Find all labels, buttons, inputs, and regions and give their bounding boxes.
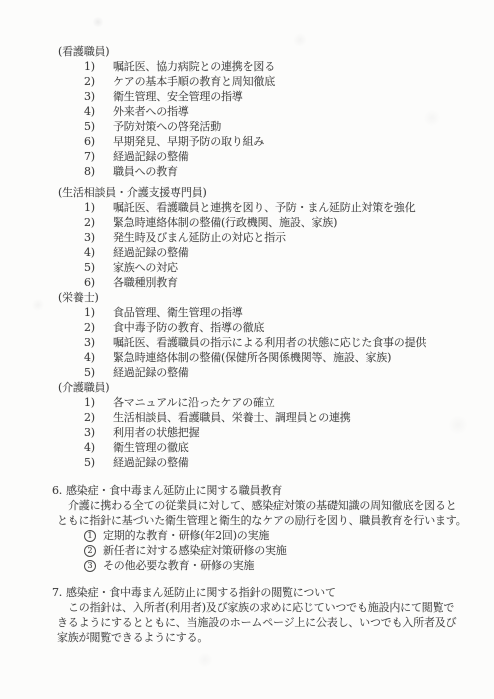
list-item-text: 各マニュアルに沿ったケアの確立 bbox=[113, 395, 275, 410]
document-page: (看護職員) 1) 嘱託医、協力病院との連携を図る 2) ケアの基本手順の教育と… bbox=[0, 0, 494, 699]
list-item-number: 4) bbox=[84, 104, 113, 119]
list-item-text: 外来者への指導 bbox=[113, 104, 189, 119]
paragraph-line: ともに指針に基づいた衛生管理と衛生的なケアの励行を図り、職員教育を行います。 bbox=[57, 513, 474, 528]
list-item-number: 3) bbox=[84, 425, 113, 440]
paragraph-line: 家族が閲覧できるようにする。 bbox=[57, 630, 474, 645]
section-heading: 6. 感染症・食中毒まん延防止に関する職員教育 bbox=[52, 483, 474, 498]
list-item-text: 嘱託医、看護職員と連携を図り、予防・まん延防止対策を強化 bbox=[113, 200, 415, 215]
role-section-header: (介護職員) bbox=[58, 380, 474, 395]
list-item-number: 8) bbox=[84, 164, 113, 179]
list-item-number: 2) bbox=[84, 74, 113, 89]
list-item-number: 4) bbox=[84, 245, 113, 260]
list-item: 5) 経過記録の整備 bbox=[58, 455, 474, 470]
list-item-number: 6) bbox=[84, 134, 113, 149]
circled-number-icon: 2 bbox=[84, 545, 96, 557]
list-item-number: 1) bbox=[84, 395, 113, 410]
list-item-number: 2) bbox=[84, 320, 113, 335]
section-title: 感染症・食中毒まん延防止に関する指針の閲覧について bbox=[66, 585, 336, 600]
list-item-number: 3) bbox=[84, 335, 113, 350]
list-item-number: 5) bbox=[84, 455, 113, 470]
role-section-header: (栄養士) bbox=[58, 290, 474, 305]
list-item-number: 7) bbox=[84, 149, 113, 164]
role-section-care-staff: (介護職員) 1) 各マニュアルに沿ったケアの確立 2) 生活相談員、看護職員、… bbox=[58, 380, 474, 470]
list-item-text: 家族への対応 bbox=[113, 260, 178, 275]
circled-item-text: その他必要な教育・研修の実施 bbox=[103, 558, 254, 573]
list-item-text: 予防対策への啓発活動 bbox=[113, 119, 221, 134]
list-item-text: 経過記録の整備 bbox=[113, 149, 189, 164]
list-item: 5) 家族への対応 bbox=[58, 260, 474, 275]
circled-list-item: 3 その他必要な教育・研修の実施 bbox=[58, 558, 474, 573]
section-number: 7. bbox=[52, 585, 66, 600]
list-item-text: 各職種別教育 bbox=[113, 275, 178, 290]
list-item-text: 衛生管理の徹底 bbox=[113, 440, 189, 455]
list-item-text: 緊急時連絡体制の整備(行政機関、施設、家族) bbox=[113, 215, 337, 230]
paragraph-line: きるようにするとともに、当施設のホームページ上に公表し、いつでも入所者及び bbox=[57, 615, 474, 630]
list-item-number: 1) bbox=[84, 200, 113, 215]
circled-number-icon: 1 bbox=[84, 530, 96, 542]
list-item: 1) 各マニュアルに沿ったケアの確立 bbox=[58, 395, 474, 410]
list-item-text: 衛生管理、安全管理の指導 bbox=[113, 89, 243, 104]
list-item-number: 2) bbox=[84, 215, 113, 230]
circled-item-text: 定期的な教育・研修(年2回)の実施 bbox=[103, 528, 269, 543]
role-section-counselor-care-manager: (生活相談員・介護支援専門員) 1) 嘱託医、看護職員と連携を図り、予防・まん延… bbox=[58, 185, 474, 290]
list-item-number: 6) bbox=[84, 275, 113, 290]
list-item-text: 生活相談員、看護職員、栄養士、調理員との連携 bbox=[113, 410, 351, 425]
list-item-number: 2) bbox=[84, 410, 113, 425]
list-item-number: 5) bbox=[84, 365, 113, 380]
circled-number-icon: 3 bbox=[84, 560, 96, 572]
list-item: 8) 職員への教育 bbox=[58, 164, 474, 179]
list-item-text: 発生時及びまん延防止の対応と指示 bbox=[113, 230, 286, 245]
list-item-number: 3) bbox=[84, 230, 113, 245]
list-item-text: ケアの基本手順の教育と周知徹底 bbox=[113, 74, 275, 89]
list-item-number: 4) bbox=[84, 350, 113, 365]
list-item-text: 早期発見、早期予防の取り組み bbox=[113, 134, 264, 149]
list-item-text: 食品管理、衛生管理の指導 bbox=[113, 305, 243, 320]
list-item-text: 食中毒予防の教育、指導の徹底 bbox=[113, 320, 264, 335]
list-item: 2) ケアの基本手順の教育と周知徹底 bbox=[58, 74, 474, 89]
list-item: 3) 発生時及びまん延防止の対応と指示 bbox=[58, 230, 474, 245]
list-item: 3) 利用者の状態把握 bbox=[58, 425, 474, 440]
list-item-number: 1) bbox=[84, 305, 113, 320]
list-item: 2) 食中毒予防の教育、指導の徹底 bbox=[58, 320, 474, 335]
circled-item-text: 新任者に対する感染症対策研修の実施 bbox=[103, 543, 287, 558]
list-item-text: 経過記録の整備 bbox=[113, 365, 189, 380]
list-item: 3) 嘱託医、看護職員の指示による利用者の状態に応じた食事の提供 bbox=[58, 335, 474, 350]
list-item: 3) 衛生管理、安全管理の指導 bbox=[58, 89, 474, 104]
list-item: 4) 衛生管理の徹底 bbox=[58, 440, 474, 455]
list-item: 6) 早期発見、早期予防の取り組み bbox=[58, 134, 474, 149]
list-item: 1) 嘱託医、協力病院との連携を図る bbox=[58, 59, 474, 74]
list-item-text: 職員への教育 bbox=[113, 164, 178, 179]
list-item: 5) 経過記録の整備 bbox=[58, 365, 474, 380]
list-item: 4) 外来者への指導 bbox=[58, 104, 474, 119]
paragraph-line: 介護に携わる全ての従業員に対して、感染症対策の基礎知識の周知徹底を図ると bbox=[68, 498, 474, 513]
list-item-number: 4) bbox=[84, 440, 113, 455]
role-section-header: (生活相談員・介護支援専門員) bbox=[58, 185, 474, 200]
list-item: 4) 緊急時連絡体制の整備(保健所各関係機関等、施設、家族) bbox=[58, 350, 474, 365]
role-section-nutritionist: (栄養士) 1) 食品管理、衛生管理の指導 2) 食中毒予防の教育、指導の徹底 … bbox=[58, 290, 474, 380]
section-title: 感染症・食中毒まん延防止に関する職員教育 bbox=[66, 483, 282, 498]
role-section-header: (看護職員) bbox=[58, 44, 474, 59]
list-item-number: 5) bbox=[84, 119, 113, 134]
role-section-nursing-staff: (看護職員) 1) 嘱託医、協力病院との連携を図る 2) ケアの基本手順の教育と… bbox=[58, 44, 474, 179]
list-item-text: 緊急時連絡体制の整備(保健所各関係機関等、施設、家族) bbox=[113, 350, 391, 365]
circled-list-item: 1 定期的な教育・研修(年2回)の実施 bbox=[58, 528, 474, 543]
list-item-text: 利用者の状態把握 bbox=[113, 425, 199, 440]
list-item: 7) 経過記録の整備 bbox=[58, 149, 474, 164]
circled-list-item: 2 新任者に対する感染症対策研修の実施 bbox=[58, 543, 474, 558]
list-item: 4) 経過記録の整備 bbox=[58, 245, 474, 260]
list-item-number: 1) bbox=[84, 59, 113, 74]
section-heading: 7. 感染症・食中毒まん延防止に関する指針の閲覧について bbox=[52, 585, 474, 600]
list-item: 2) 緊急時連絡体制の整備(行政機関、施設、家族) bbox=[58, 215, 474, 230]
list-item-text: 嘱託医、看護職員の指示による利用者の状態に応じた食事の提供 bbox=[113, 335, 426, 350]
section-7-guideline-viewing: 7. 感染症・食中毒まん延防止に関する指針の閲覧について この指針は、入所者(利… bbox=[58, 585, 474, 645]
list-item-number: 3) bbox=[84, 89, 113, 104]
list-item-text: 経過記録の整備 bbox=[113, 455, 189, 470]
list-item: 1) 食品管理、衛生管理の指導 bbox=[58, 305, 474, 320]
list-item-text: 嘱託医、協力病院との連携を図る bbox=[113, 59, 275, 74]
list-item: 1) 嘱託医、看護職員と連携を図り、予防・まん延防止対策を強化 bbox=[58, 200, 474, 215]
list-item-text: 経過記録の整備 bbox=[113, 245, 189, 260]
list-item-number: 5) bbox=[84, 260, 113, 275]
list-item: 6) 各職種別教育 bbox=[58, 275, 474, 290]
paragraph-line: この指針は、入所者(利用者)及び家族の求めに応じていつでも施設内にて閲覧で bbox=[68, 600, 474, 615]
section-6-staff-education: 6. 感染症・食中毒まん延防止に関する職員教育 介護に携わる全ての従業員に対して… bbox=[58, 483, 474, 573]
section-number: 6. bbox=[52, 483, 66, 498]
list-item: 2) 生活相談員、看護職員、栄養士、調理員との連携 bbox=[58, 410, 474, 425]
list-item: 5) 予防対策への啓発活動 bbox=[58, 119, 474, 134]
